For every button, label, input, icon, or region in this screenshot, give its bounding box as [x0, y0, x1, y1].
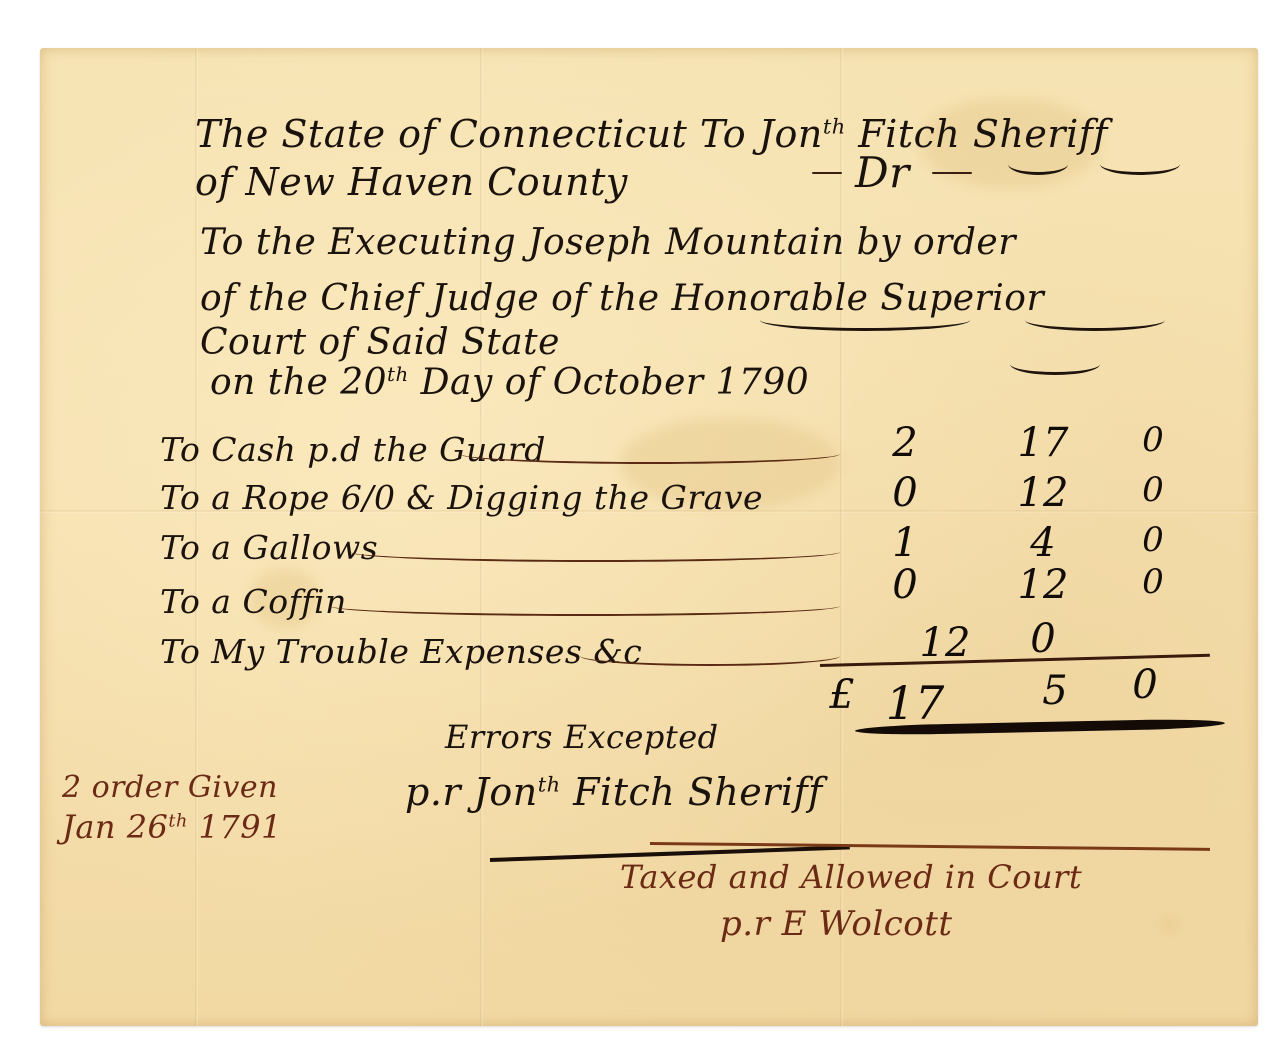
superscript: th [538, 772, 561, 796]
item-pence: 0 [1118, 470, 1188, 510]
total-pounds: 17 [880, 676, 950, 730]
header-text: The State of Connecticut To Jon [195, 112, 823, 156]
sheriff-signature: p.r Jonth Fitch Sheriff [405, 770, 823, 814]
preamble-line: To the Executing Joseph Mountain by orde… [200, 222, 1016, 263]
item-pounds: 2 [870, 420, 940, 466]
superscript: th [823, 114, 846, 138]
preamble-line: Court of Said State [200, 322, 560, 363]
margin-note-line-2: Jan 26th 1791 [62, 808, 282, 846]
allowance-signature: p.r E Wolcott [720, 904, 953, 944]
date-text: Day of October 1790 [409, 362, 809, 403]
debtor-mark: Dr [855, 148, 910, 197]
item-pence: 0 [1118, 420, 1188, 460]
item-shillings: 12 [1008, 562, 1078, 608]
currency-symbol: £ [822, 672, 862, 718]
item-label: To a Coffin [160, 582, 347, 621]
superscript: th [168, 811, 187, 831]
paper-stain [1160, 918, 1180, 932]
total-pence: 0 [1110, 662, 1180, 708]
signature-text: Fitch Sheriff [561, 770, 823, 814]
item-label: To My Trouble Expenses &c [160, 632, 642, 671]
margin-note-line-1: 2 order Given [62, 770, 278, 805]
item-label: To Cash p.d the Guard [160, 430, 546, 469]
item-pence: 0 [1118, 520, 1188, 560]
item-shillings: 17 [1008, 420, 1078, 466]
allowance-line-1: Taxed and Allowed in Court [620, 858, 1082, 896]
item-shillings: 0 [1008, 616, 1078, 662]
margin-note-text: Jan 26 [62, 808, 168, 846]
total-shillings: 5 [1020, 668, 1090, 714]
item-shillings: 12 [1008, 470, 1078, 516]
preamble-date-line: on the 20th Day of October 1790 [210, 362, 809, 403]
header-line-2: of New Haven County [195, 160, 628, 204]
errors-excepted: Errors Excepted [445, 718, 719, 756]
date-text: on the 20 [210, 362, 387, 403]
item-label: To a Gallows [160, 528, 378, 567]
superscript: th [387, 363, 409, 386]
dash-flourish [812, 172, 842, 174]
dash-flourish [932, 172, 972, 174]
item-pounds: 0 [870, 562, 940, 608]
item-pounds: 0 [870, 470, 940, 516]
item-pence: 0 [1118, 562, 1188, 602]
item-label: To a Rope 6/0 & Digging the Grave [160, 478, 763, 517]
margin-note-text: 1791 [188, 808, 282, 846]
preamble-line: of the Chief Judge of the Honorable Supe… [200, 278, 1044, 319]
header-line-1: The State of Connecticut To Jonth Fitch … [195, 112, 1108, 156]
item-pounds: 1 [870, 520, 940, 566]
signature-text: p.r Jon [405, 770, 538, 814]
item-shillings: 4 [1008, 520, 1078, 566]
